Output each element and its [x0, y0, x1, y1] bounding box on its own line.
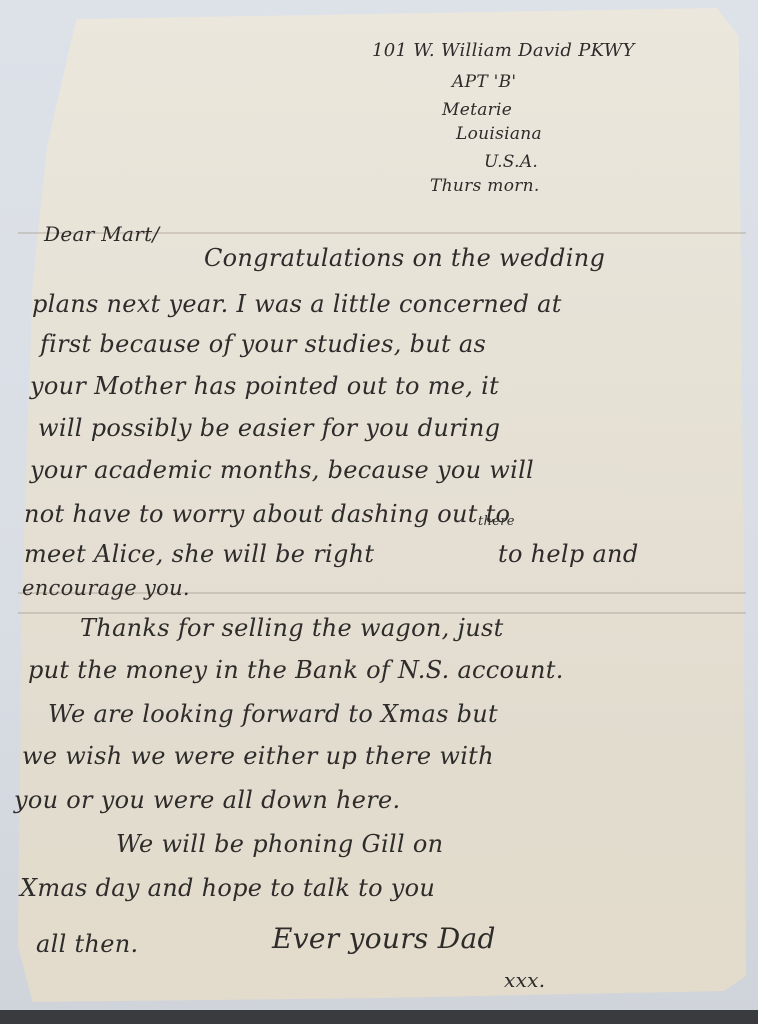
letter-line: encourage you.: [22, 576, 190, 600]
address-street: 101 W. William David PKWY: [372, 40, 635, 61]
letter-line: Xmas day and hope to talk to you: [20, 874, 435, 902]
letter-date: Thurs morn.: [430, 176, 540, 196]
letter-line: We will be phoning Gill on: [116, 830, 443, 858]
letter-line: you or you were all down here.: [14, 786, 400, 814]
salutation: Dear Mart/: [44, 222, 159, 246]
inserted-word: there: [478, 514, 515, 529]
letter-line: will possibly be easier for you during: [38, 414, 500, 442]
background-edge: [0, 1010, 758, 1024]
letter-line: put the money in the Bank of N.S. accoun…: [28, 656, 564, 684]
address-apartment: APT 'B': [452, 72, 516, 92]
address-state: Louisiana: [456, 124, 542, 144]
address-country: U.S.A.: [484, 152, 538, 172]
letter-line: first because of your studies, but as: [40, 330, 486, 358]
address-city: Metarie: [442, 100, 512, 120]
letter-line: plans next year. I was a little concerne…: [32, 290, 562, 318]
letter-line: Congratulations on the wedding: [204, 244, 605, 272]
letter-line: all then.: [36, 930, 138, 958]
signature: Ever yours Dad: [272, 922, 496, 955]
letter-line: we wish we were either up there with: [22, 742, 494, 770]
letter-line: your Mother has pointed out to me, it: [30, 372, 499, 400]
letter-line: Thanks for selling the wagon, just: [80, 614, 504, 642]
letter-line-continuation: to help and: [498, 540, 638, 568]
kisses: xxx.: [504, 968, 545, 992]
letter-line: not have to worry about dashing out to: [24, 500, 510, 528]
letter-line: meet Alice, she will be right: [24, 540, 374, 568]
letter-line: your academic months, because you will: [30, 456, 534, 484]
letter-line: We are looking forward to Xmas but: [48, 700, 498, 728]
